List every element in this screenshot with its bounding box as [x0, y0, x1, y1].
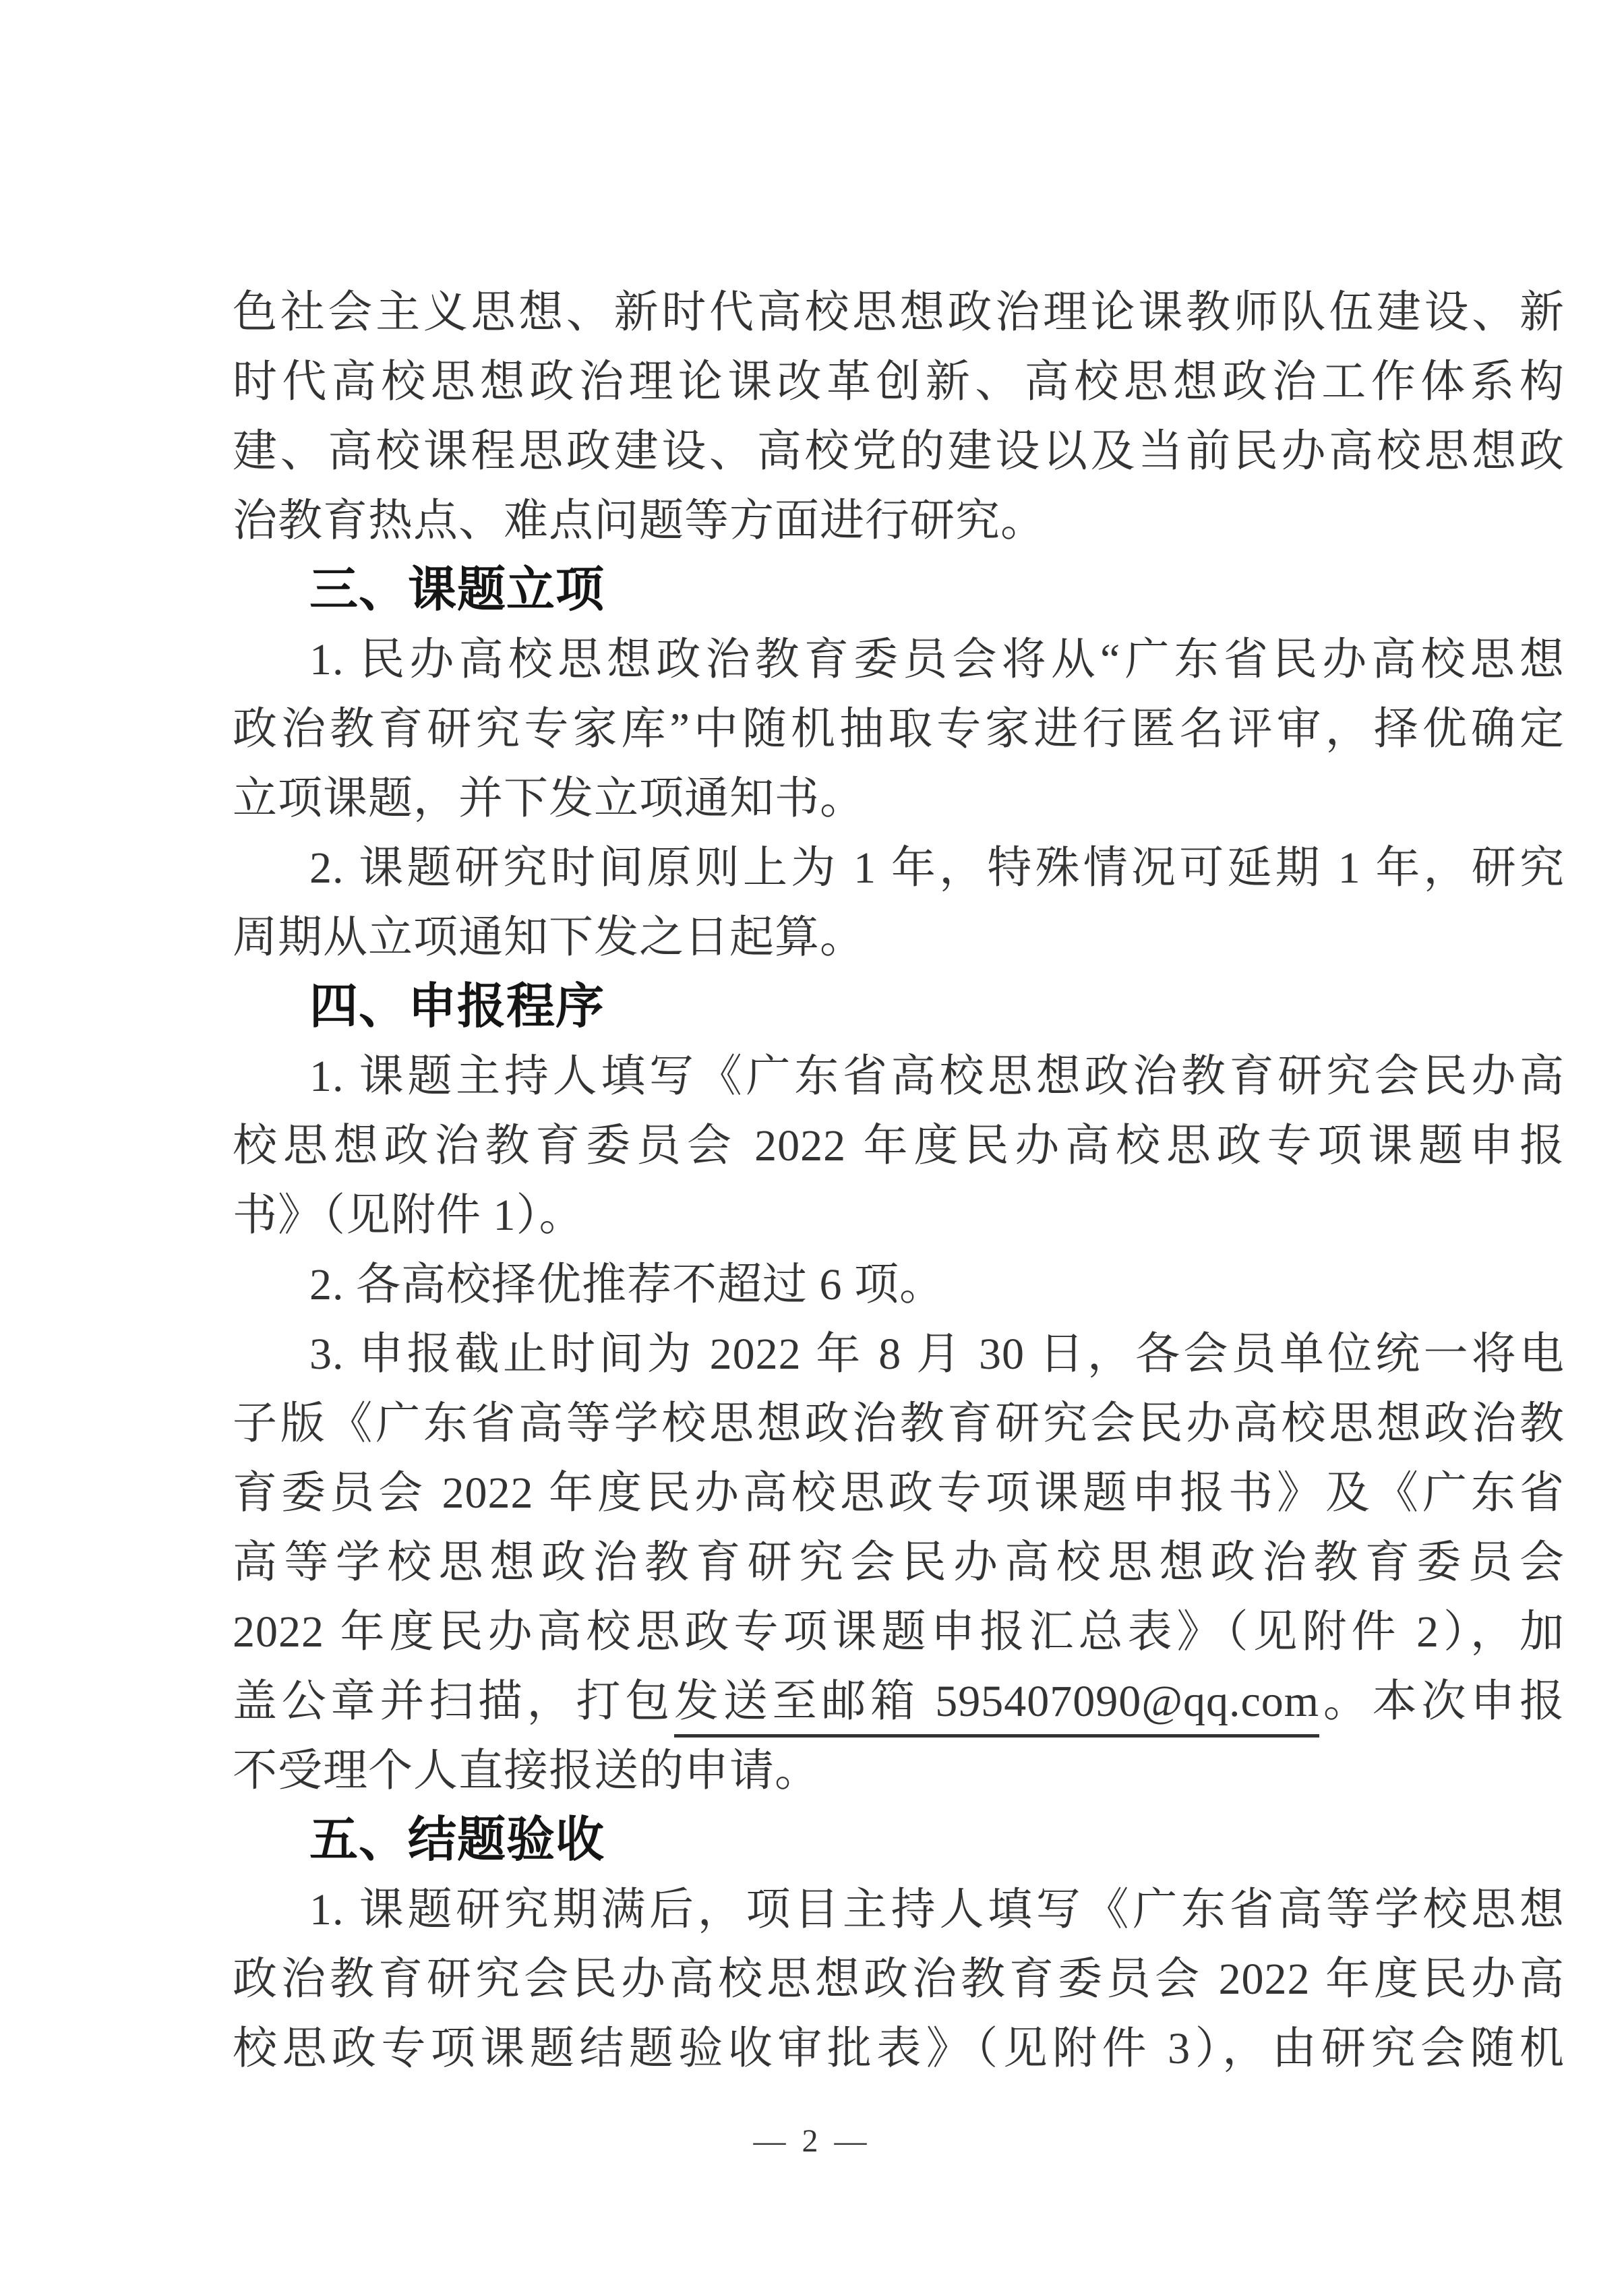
text-line: 校思政专项课题结题验收审批表》（见附件 3），由研究会随机	[233, 2014, 1565, 2083]
page-number: — 2 —	[754, 2123, 871, 2159]
text-segment: 盖公章并扫描，打包	[233, 1677, 674, 1726]
text-segment: 。本次申报	[1319, 1677, 1565, 1726]
text-line: 立项课题，并下发立项通知书。	[233, 764, 1565, 833]
text-line: 盖公章并扫描，打包发送至邮箱 595407090@qq.com。本次申报	[233, 1667, 1565, 1736]
email-address: 发送至邮箱 595407090@qq.com	[674, 1677, 1319, 1738]
text-line: 子版《广东省高等学校思想政治教育研究会民办高校思想政治教	[233, 1389, 1565, 1458]
text-line: 不受理个人直接报送的申请。	[233, 1736, 1565, 1806]
text-line: 校思想政治教育委员会 2022 年度民办高校思政专项课题申报	[233, 1111, 1565, 1181]
document-body: 色社会主义思想、新时代高校思想政治理论课教师队伍建设、新时代高校思想政治理论课改…	[233, 278, 1565, 2083]
document-page: 色社会主义思想、新时代高校思想政治理论课教师队伍建设、新时代高校思想政治理论课改…	[0, 0, 1624, 2285]
text-line: 1. 课题主持人填写《广东省高校思想政治教育研究会民办高	[233, 1042, 1565, 1111]
text-line: 3. 申报截止时间为 2022 年 8 月 30 日，各会员单位统一将电	[233, 1319, 1565, 1389]
text-line: 建、高校课程思政建设、高校党的建设以及当前民办高校思想政	[233, 417, 1565, 486]
text-line: 2. 各高校择优推荐不超过 6 项。	[233, 1250, 1565, 1319]
text-line: 2022 年度民办高校思政专项课题申报汇总表》（见附件 2），加	[233, 1597, 1565, 1667]
text-line: 治教育热点、难点问题等方面进行研究。	[233, 486, 1565, 556]
page-footer: — 2 —	[0, 2123, 1624, 2160]
text-line: 高等学校思想政治教育研究会民办高校思想政治教育委员会	[233, 1528, 1565, 1597]
text-line: 育委员会 2022 年度民办高校思政专项课题申报书》及《广东省	[233, 1458, 1565, 1528]
text-line: 政治教育研究会民办高校思想政治教育委员会 2022 年度民办高	[233, 1945, 1565, 2014]
text-line: 周期从立项通知下发之日起算。	[233, 903, 1565, 972]
section-heading: 五、结题验收	[233, 1806, 1565, 1875]
section-heading: 三、课题立项	[233, 556, 1565, 625]
section-heading: 四、申报程序	[233, 972, 1565, 1042]
text-line: 时代高校思想政治理论课改革创新、高校思想政治工作体系构	[233, 347, 1565, 417]
text-line: 1. 课题研究期满后，项目主持人填写《广东省高等学校思想	[233, 1875, 1565, 1945]
text-line: 1. 民办高校思想政治教育委员会将从“广东省民办高校思想	[233, 625, 1565, 694]
text-line: 2. 课题研究时间原则上为 1 年，特殊情况可延期 1 年，研究	[233, 833, 1565, 903]
text-line: 书》（见附件 1）。	[233, 1181, 1565, 1250]
text-line: 色社会主义思想、新时代高校思想政治理论课教师队伍建设、新	[233, 278, 1565, 347]
text-line: 政治教育研究专家库”中随机抽取专家进行匿名评审，择优确定	[233, 694, 1565, 764]
